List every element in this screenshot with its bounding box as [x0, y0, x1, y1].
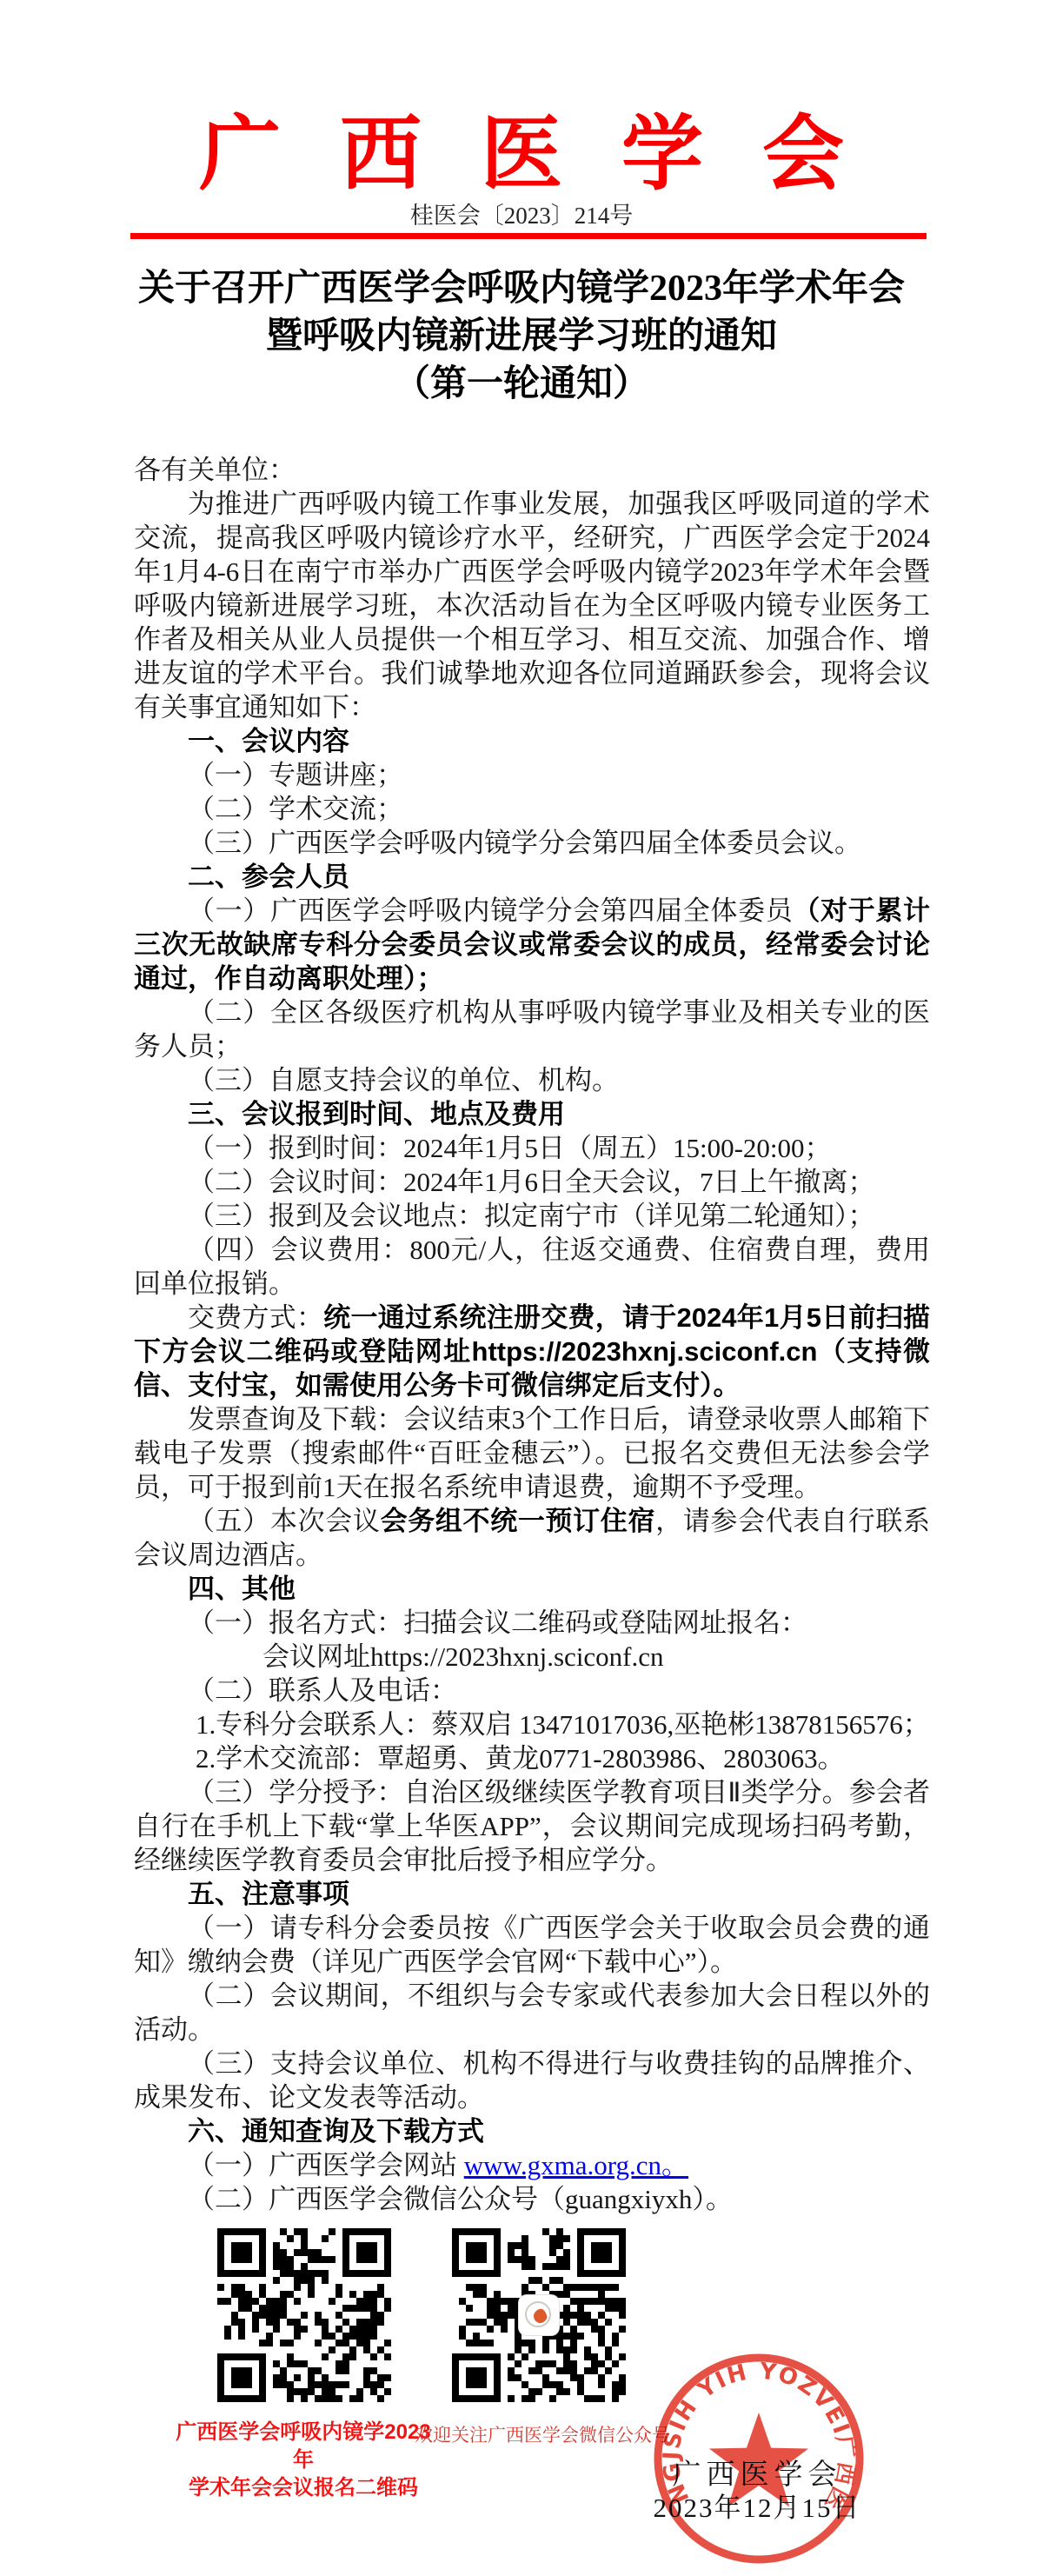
wechat-qr-caption: 欢迎关注广西医学会微信公众号 — [412, 2424, 673, 2446]
doc-title-line1: 关于召开广西医学会呼吸内镜学2023年学术年会 — [87, 265, 956, 313]
paragraph: （二）联系人及电话： — [134, 1674, 930, 1707]
paragraph: 2.学术交流部：覃超勇、黄龙0771-2803986、2803063。 — [196, 1741, 930, 1775]
paragraph: （二）学术交流； — [134, 792, 930, 826]
paragraph: 交费方式：统一通过系统注册交费，请于2024年1月5日前扫描下方会议二维码或登陆… — [134, 1301, 930, 1402]
paragraph: （五）本次会议会务组不统一预订住宿，请参会代表自行联系会议周边酒店。 — [134, 1504, 930, 1572]
wechat-account-logo-icon — [519, 2295, 559, 2335]
section-heading: 四、其他 — [134, 1572, 930, 1606]
section-heading: 二、参会人员 — [134, 860, 930, 894]
paragraph: 各有关单位： — [134, 453, 930, 487]
paragraph: （一）广西医学会呼吸内镜学分会第四届全体委员（对于累计三次无故缺席专科分会委员会… — [134, 894, 930, 995]
org-title: 广西医学会 — [0, 111, 1043, 198]
paragraph: （三）学分授予：自治区级继续医学教育项目Ⅱ类学分。参会者自行在手机上下载“掌上华… — [134, 1775, 930, 1877]
paragraph: （二）会议时间：2024年1月6日全天会议，7日上午撤离； — [134, 1165, 930, 1199]
section-heading: 五、注意事项 — [134, 1877, 930, 1911]
doc-title-line3: （第一轮通知） — [87, 361, 956, 409]
doc-title-line2: 暨呼吸内镜新进展学习班的通知 — [87, 313, 956, 361]
paragraph: （一）专题讲座； — [134, 758, 930, 792]
paragraph: 1.专科分会联系人：蔡双启 13471017036,巫艳彬13878156576… — [196, 1707, 930, 1741]
paragraph: （二）广西医学会微信公众号（guangxiyxh）。 — [134, 2182, 930, 2216]
notice-page: 广西医学会 桂医会〔2023〕214号 关于召开广西医学会呼吸内镜学2023年学… — [0, 0, 1043, 2576]
registration-qr-code — [217, 2228, 391, 2402]
paragraph: （二）全区各级医疗机构从事呼吸内镜学事业及相关专业的医务人员； — [134, 995, 930, 1063]
document-body: 各有关单位：为推进广西呼吸内镜工作事业发展，加强我区呼吸同道的学术交流，提高我区… — [134, 453, 930, 2216]
doc-title: 关于召开广西医学会呼吸内镜学2023年学术年会 暨呼吸内镜新进展学习班的通知 （… — [87, 265, 956, 409]
section-heading: 三、会议报到时间、地点及费用 — [134, 1097, 930, 1131]
paragraph: 会议网址https://2023hxnj.sciconf.cn — [262, 1640, 930, 1674]
red-divider — [130, 233, 927, 239]
paragraph: （一）广西医学会网站 www.gxma.org.cn。 — [134, 2148, 930, 2182]
paragraph: 为推进广西呼吸内镜工作事业发展，加强我区呼吸同道的学术交流，提高我区呼吸内镜诊疗… — [134, 487, 930, 724]
section-heading: 一、会议内容 — [134, 724, 930, 758]
paragraph: （二）会议期间，不组织与会专家或代表参加大会日程以外的活动。 — [134, 1979, 930, 2047]
paragraph: （一）报到时间：2024年1月5日（周五）15:00-20:00； — [134, 1131, 930, 1165]
signature-date: 2023年12月15日 — [627, 2486, 887, 2525]
paragraph: （三）支持会议单位、机构不得进行与收费挂钩的品牌推介、成果发布、论文发表等活动。 — [134, 2047, 930, 2114]
paragraph: 发票查询及下载：会议结束3个工作日后，请登录收票人邮箱下载电子发票（搜索邮件“百… — [134, 1402, 930, 1504]
doc-number: 桂医会〔2023〕214号 — [0, 202, 1043, 230]
paragraph: （一）请专科分会委员按《广西医学会关于收取会员会费的通知》缴纳会费（详见广西医学… — [134, 1911, 930, 1979]
paragraph: （四）会议费用：800元/人，往返交通费、住宿费自理，费用回单位报销。 — [134, 1233, 930, 1301]
website-link[interactable]: www.gxma.org.cn。 — [464, 2150, 688, 2180]
paragraph: （三）广西医学会呼吸内镜学分会第四届全体委员会议。 — [134, 826, 930, 860]
paragraph: （三）报到及会议地点：拟定南宁市（详见第二轮通知）； — [134, 1199, 930, 1233]
section-heading: 六、通知查询及下载方式 — [134, 2114, 930, 2148]
paragraph: （三）自愿支持会议的单位、机构。 — [134, 1063, 930, 1097]
registration-qr-caption: 广西医学会呼吸内镜学2023年 学术年会会议报名二维码 — [173, 2419, 434, 2502]
paragraph: （一）报名方式：扫描会议二维码或登陆网址报名： — [134, 1606, 930, 1640]
